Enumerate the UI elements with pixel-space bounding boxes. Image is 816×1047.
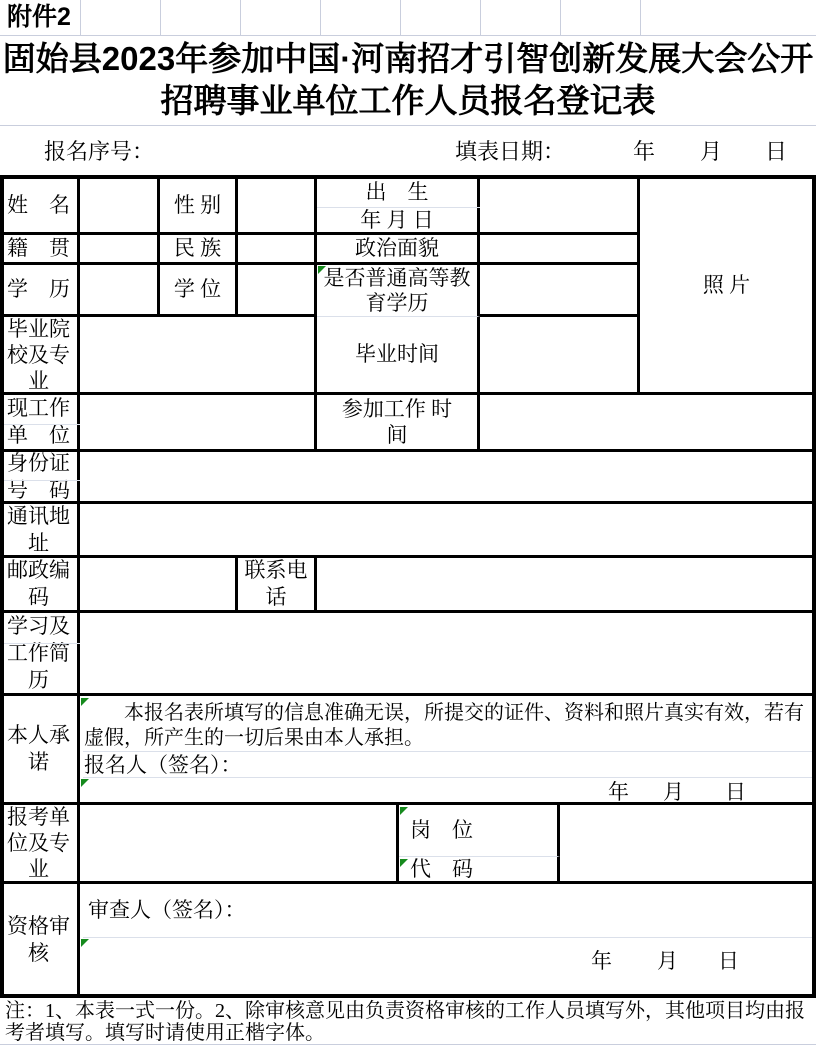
comment-marker-icon — [400, 859, 408, 867]
grid-line — [0, 35, 816, 36]
promise-text: 本报名表所填写的信息准确无误，所提交的证件、资料和照片真实有效，若有虚假，所产生… — [84, 701, 812, 751]
review-date-year: 年 — [591, 948, 612, 975]
id-number-value-cell[interactable] — [80, 452, 816, 504]
native-place-value-cell[interactable] — [80, 235, 160, 265]
education-value-cell[interactable] — [80, 265, 160, 317]
grid-line — [640, 0, 641, 35]
phone-value-cell[interactable] — [317, 558, 816, 613]
review-date-day: 日 — [718, 948, 739, 975]
degree-value-cell[interactable] — [238, 265, 317, 317]
birth-date-value-cell[interactable] — [480, 179, 640, 235]
gender-value-cell[interactable] — [238, 179, 317, 235]
regular-higher-edu-label: 是否普通高等教育学历 — [317, 265, 480, 317]
grad-time-label: 毕业时间 — [317, 317, 480, 395]
apply-unit-major-value-cell[interactable] — [80, 805, 399, 884]
comment-marker-icon — [318, 266, 326, 274]
name-label: 姓 名 — [0, 179, 80, 235]
photo-cell[interactable]: 照 片 — [640, 179, 816, 395]
work-unit-value-cell[interactable] — [80, 395, 317, 452]
table-border — [0, 175, 4, 998]
table-border — [0, 994, 816, 998]
ethnicity-value-cell[interactable] — [238, 235, 317, 265]
comment-marker-icon — [81, 939, 89, 947]
grid-line — [80, 0, 81, 35]
fill-date-day: 日 — [765, 138, 787, 165]
grid-line — [320, 0, 321, 35]
political-status-label: 政治面貌 — [317, 235, 480, 265]
phone-label: 联系电话 — [238, 558, 317, 613]
grad-time-value-cell[interactable] — [480, 317, 640, 395]
promise-date-month: 月 — [663, 779, 684, 806]
id-number-label: 身份证号 码 — [0, 452, 80, 504]
reviewer-sign-label: 审查人（签名）： — [88, 897, 246, 924]
mailing-address-value-cell[interactable] — [80, 504, 816, 558]
postal-code-label: 邮政编码 — [0, 558, 80, 613]
grid-line — [400, 0, 401, 35]
resume-label: 学习及工作简历 — [0, 613, 80, 696]
promise-date-year: 年 — [608, 779, 629, 806]
attachment-label: 附件2 — [7, 2, 71, 33]
applicant-sign-label: 报名人（签名）： — [84, 752, 242, 779]
mailing-address-label: 通讯地址 — [0, 504, 80, 558]
footer-note: 注：1、本表一式一份。2、除审核意见由负责资格审核的工作人员填写外，其他项目均由… — [5, 1000, 814, 1044]
promise-date-day: 日 — [725, 779, 746, 806]
table-border — [0, 175, 816, 179]
grid-line — [480, 0, 481, 35]
comment-marker-icon — [81, 779, 89, 787]
fill-date-year: 年 — [633, 138, 655, 165]
faint-inner-line — [83, 751, 813, 752]
degree-label: 学 位 — [160, 265, 238, 317]
review-date-month: 月 — [657, 948, 678, 975]
post-code-value-cell[interactable] — [560, 805, 816, 884]
resume-value-cell[interactable] — [80, 613, 816, 696]
faint-inner-line — [0, 643, 80, 644]
grad-school-major-value-cell[interactable] — [80, 317, 317, 395]
fill-date-label: 填表日期： — [455, 138, 565, 165]
political-status-value-cell[interactable] — [480, 235, 640, 265]
faint-inner-line — [83, 777, 813, 778]
page-title: 固始县2023年参加中国·河南招才引智创新发展大会公开招聘事业单位工作人员报名登… — [0, 38, 816, 122]
grid-line — [560, 0, 561, 35]
ethnicity-label: 民 族 — [160, 235, 238, 265]
postal-code-value-cell[interactable] — [80, 558, 238, 613]
comment-marker-icon — [81, 698, 89, 706]
faint-inner-line — [0, 480, 80, 481]
apply-unit-major-label: 报考单位及专业 — [0, 805, 80, 884]
name-value-cell[interactable] — [80, 179, 160, 235]
faint-inner-line — [0, 424, 80, 425]
form-page: 附件2 固始县2023年参加中国·河南招才引智创新发展大会公开招聘事业单位工作人… — [0, 0, 816, 1047]
grid-line — [160, 0, 161, 35]
work-start-time-label: 参加工作 时 间 — [317, 395, 480, 452]
work-start-time-value-cell[interactable] — [480, 395, 816, 452]
promise-label: 本人承诺 — [0, 696, 80, 805]
code-label: 代 码 — [399, 857, 560, 884]
post-label: 岗 位 — [399, 805, 560, 857]
fill-date-month: 月 — [700, 138, 722, 165]
comment-marker-icon — [400, 807, 408, 815]
faint-inner-line — [83, 937, 813, 938]
table-border — [812, 175, 816, 998]
grid-line — [240, 0, 241, 35]
native-place-label: 籍 贯 — [0, 235, 80, 265]
grid-line — [0, 1044, 816, 1045]
reg-no-label: 报名序号： — [44, 138, 154, 165]
grad-school-major-label: 毕业院校及专业 — [0, 317, 80, 395]
education-label: 学 历 — [0, 265, 80, 317]
grid-line — [0, 125, 816, 126]
qualification-review-label: 资格审核 — [0, 884, 80, 998]
gender-label: 性 别 — [160, 179, 238, 235]
regular-higher-edu-value-cell[interactable] — [480, 265, 640, 317]
faint-inner-line — [317, 207, 480, 208]
